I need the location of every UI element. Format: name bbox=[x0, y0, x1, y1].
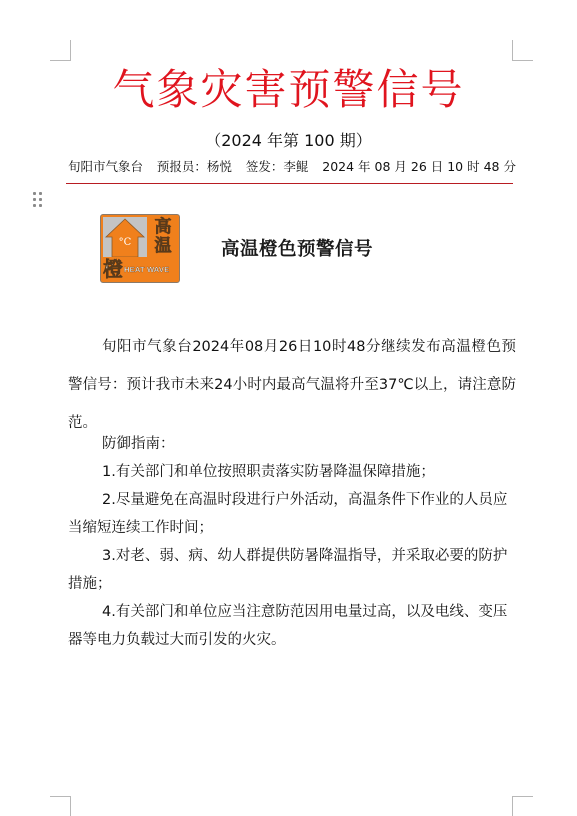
heat-wave-orange-signal-icon: °C 高 温 橙 HEAT WAVE bbox=[100, 214, 180, 283]
guide-item: 3.对老、弱、病、幼人群提供防暑降温指导，并采取必要的防护措施； bbox=[68, 542, 516, 598]
guide-item: 4.有关部门和单位应当注意防范因用电量过高，以及电线、变压器等电力负载过大而引发… bbox=[68, 598, 516, 654]
guide-heading: 防御指南： bbox=[68, 430, 516, 458]
guide-item: 2.尽量避免在高温时段进行户外活动，高温条件下作业的人员应当缩短连续工作时间； bbox=[68, 486, 516, 542]
drag-handle-icon[interactable] bbox=[33, 192, 43, 207]
celsius-symbol: °C bbox=[115, 237, 135, 249]
issue-number: （2024 年第 100 期） bbox=[0, 130, 577, 152]
icon-type-label: 高 温 bbox=[149, 217, 177, 257]
page-corner-mark-top-right bbox=[512, 40, 533, 61]
signer: 签发：李鲲 bbox=[246, 158, 309, 176]
announcement-paragraph: 旬阳市气象台2024年08月26日10时48分继续发布高温橙色预警信号：预计我市… bbox=[68, 328, 516, 442]
signal-name: 高温橙色预警信号 bbox=[221, 238, 373, 262]
icon-level-char: 橙 bbox=[103, 258, 123, 280]
defense-guide: 防御指南： 1.有关部门和单位按照职责落实防暑降温保障措施； 2.尽量避免在高温… bbox=[68, 430, 516, 654]
icon-english-label: HEAT WAVE bbox=[124, 265, 169, 274]
page-corner-mark-top-left bbox=[50, 40, 71, 61]
meta-line: 旬阳市气象台 预报员：杨悦 签发：李鲲 2024 年 08 月 26 日 10 … bbox=[68, 158, 516, 176]
header-divider bbox=[66, 183, 513, 184]
document-title: 气象灾害预警信号 bbox=[0, 64, 577, 116]
icon-level-bar: 橙 HEAT WAVE bbox=[103, 258, 177, 280]
guide-item: 1.有关部门和单位按照职责落实防暑降温保障措施； bbox=[68, 458, 516, 486]
page-corner-mark-bottom-right bbox=[512, 796, 533, 816]
issuer: 旬阳市气象台 bbox=[68, 158, 143, 176]
page-corner-mark-bottom-left bbox=[50, 796, 71, 816]
issue-datetime: 2024 年 08 月 26 日 10 时 48 分 bbox=[322, 158, 516, 176]
forecaster: 预报员：杨悦 bbox=[157, 158, 232, 176]
